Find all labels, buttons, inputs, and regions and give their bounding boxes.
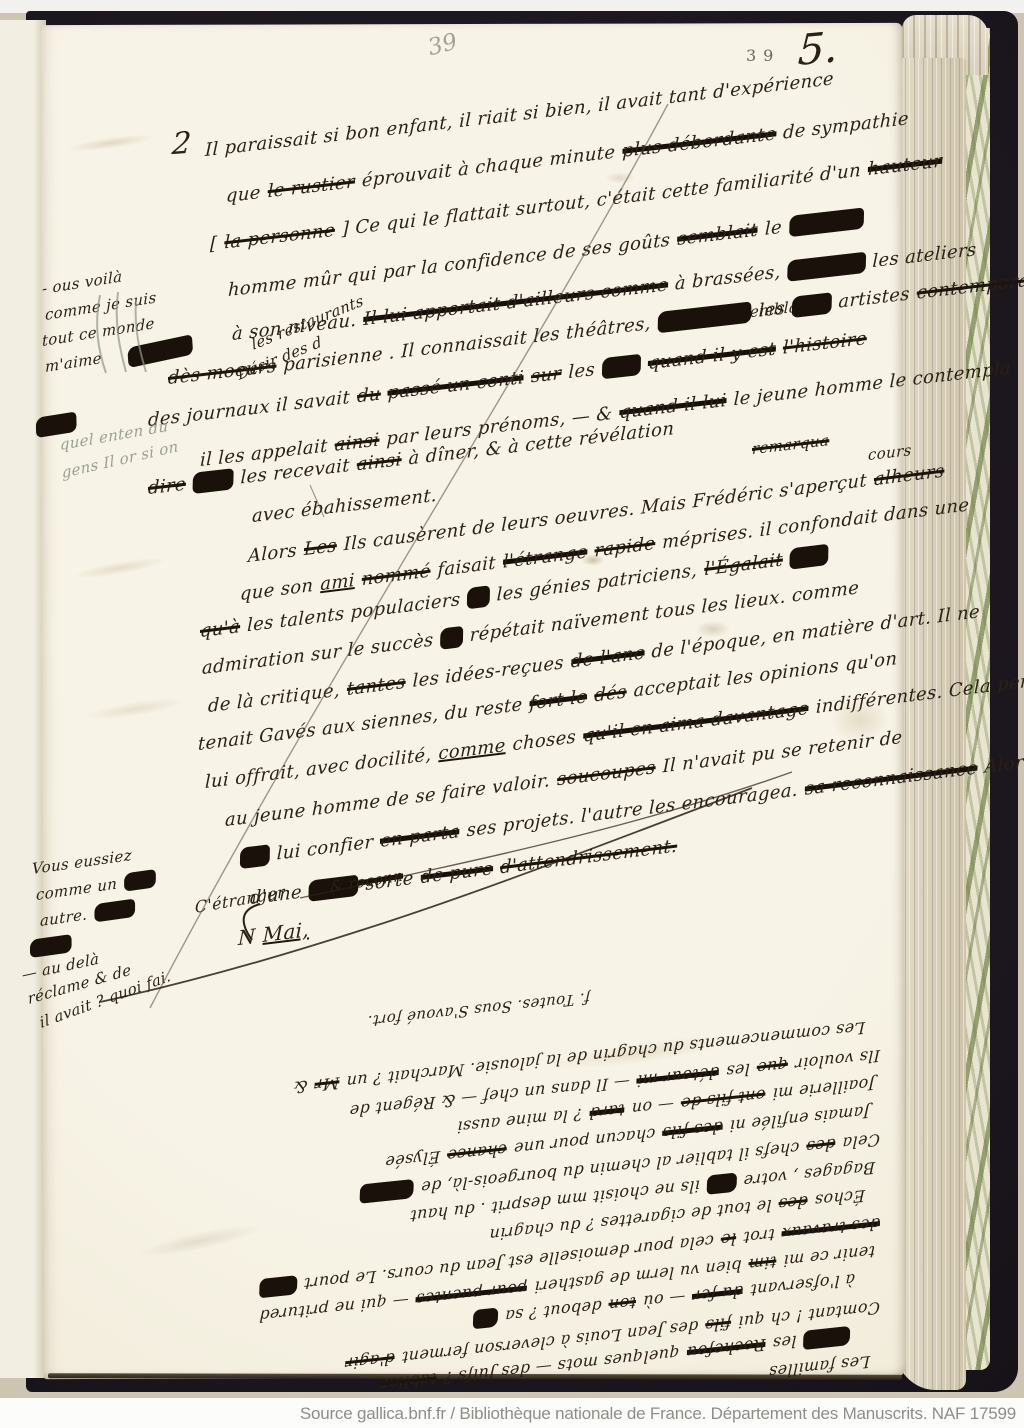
struck-text: fort bbox=[259, 1275, 297, 1298]
struck-text: Mais bbox=[803, 1326, 850, 1350]
source-attribution: Source gallica.bnf.fr / Bibliothèque nat… bbox=[300, 1398, 1016, 1428]
struck-text: rg bbox=[473, 1307, 498, 1329]
struck-text: ont fils de bbox=[680, 1085, 765, 1113]
struck-text: ton bbox=[608, 1293, 636, 1315]
handwritten-text: les bbox=[772, 1332, 797, 1354]
handwritten-text: à l'ofservant bbox=[750, 1270, 856, 1300]
manuscript-photo: 39 5. 39 2Il paraissait si bon enfant, i… bbox=[0, 0, 1024, 1428]
handwritten-text: Vous eussiez bbox=[32, 846, 132, 878]
handwritten-text: Comtant ! ch qui bbox=[738, 1298, 881, 1332]
struck-text: mr bbox=[706, 1172, 736, 1194]
handwritten-text: Élysée bbox=[385, 1147, 441, 1172]
handwritten-text: C'étranger bbox=[195, 882, 286, 917]
handwritten-text: — on bbox=[631, 1095, 674, 1119]
struck-text: Mr bbox=[314, 1073, 339, 1095]
handwritten-text: Joaillerie mi bbox=[772, 1074, 875, 1104]
handwritten-text: tenir ce mi bbox=[783, 1242, 875, 1271]
struck-text: & reconn bbox=[330, 866, 404, 896]
struck-text: f l m bbox=[30, 934, 72, 958]
handwritten-text: comme un bbox=[36, 874, 117, 904]
struck-text: détour mi bbox=[636, 1063, 719, 1091]
handwritten-text: Cela bbox=[842, 1130, 880, 1153]
struck-text: le bbox=[720, 1229, 736, 1250]
struck-text: pour puentes bbox=[415, 1278, 527, 1309]
handwritten-text: chacun pour une bbox=[513, 1124, 655, 1158]
handwritten-text: autre. bbox=[40, 905, 87, 930]
struck-text: Rochefou bbox=[686, 1335, 766, 1362]
handwritten-text: Ils vouloir bbox=[794, 1046, 880, 1074]
struck-text: des fils bbox=[662, 1117, 723, 1143]
inverted-drafts-line: f. Toutes. Sous S'avoué fort. bbox=[360, 990, 590, 1029]
handwritten-text: — où bbox=[643, 1288, 686, 1312]
struck-text: du fer bbox=[692, 1282, 743, 1307]
struck-text: des bbox=[778, 1192, 808, 1214]
inverted-drafts: Les famillesMaislesRochefouquelques mots… bbox=[50, 965, 910, 1375]
handwriting-layer: 2Il paraissait si bon enfant, il riait s… bbox=[0, 0, 1024, 1428]
handwritten-text: — qui ne pritured bbox=[259, 1291, 409, 1326]
handwritten-text: trot bbox=[743, 1225, 775, 1247]
struck-text: tard bbox=[589, 1100, 625, 1123]
margin-notes-lower-line: f l m bbox=[30, 935, 79, 957]
margin-notes-lower-line: Vous eussiez bbox=[32, 847, 139, 877]
margin-notes-lower-line: comme unaut bbox=[36, 870, 163, 903]
handwritten-text: f. Toutes. Sous S'avoué fort. bbox=[367, 989, 590, 1031]
struck-text: aut bbox=[124, 869, 156, 892]
struck-text: il y f bbox=[94, 898, 135, 922]
handwritten-text: & bbox=[293, 1076, 308, 1097]
margin-notes-lower-line: & reconn bbox=[330, 867, 410, 895]
struck-text: des bbox=[806, 1135, 836, 1157]
handwritten-text: les bbox=[726, 1060, 751, 1082]
margin-notes-lower-line: autre.il y f bbox=[40, 900, 142, 930]
struck-text: des travaux bbox=[781, 1214, 880, 1244]
struck-text: Guise bbox=[360, 1179, 414, 1204]
struck-text: chance bbox=[447, 1140, 507, 1165]
struck-text: d'agir bbox=[345, 1349, 395, 1373]
handwritten-text: debout ? sa bbox=[505, 1297, 602, 1326]
struck-text: tim bbox=[748, 1252, 776, 1274]
handwritten-text: ? la mine aussi bbox=[457, 1105, 583, 1137]
handwritten-text: Jamais enfilée ni bbox=[729, 1102, 870, 1136]
struck-text: que bbox=[756, 1056, 788, 1078]
gallica-footer: Source gallica.bnf.fr / Bibliothèque nat… bbox=[0, 1398, 1024, 1428]
margin-notes-lower-line: C'étranger bbox=[195, 883, 292, 916]
struck-text: fils bbox=[705, 1314, 731, 1336]
handwritten-text: Échos bbox=[814, 1186, 865, 1210]
